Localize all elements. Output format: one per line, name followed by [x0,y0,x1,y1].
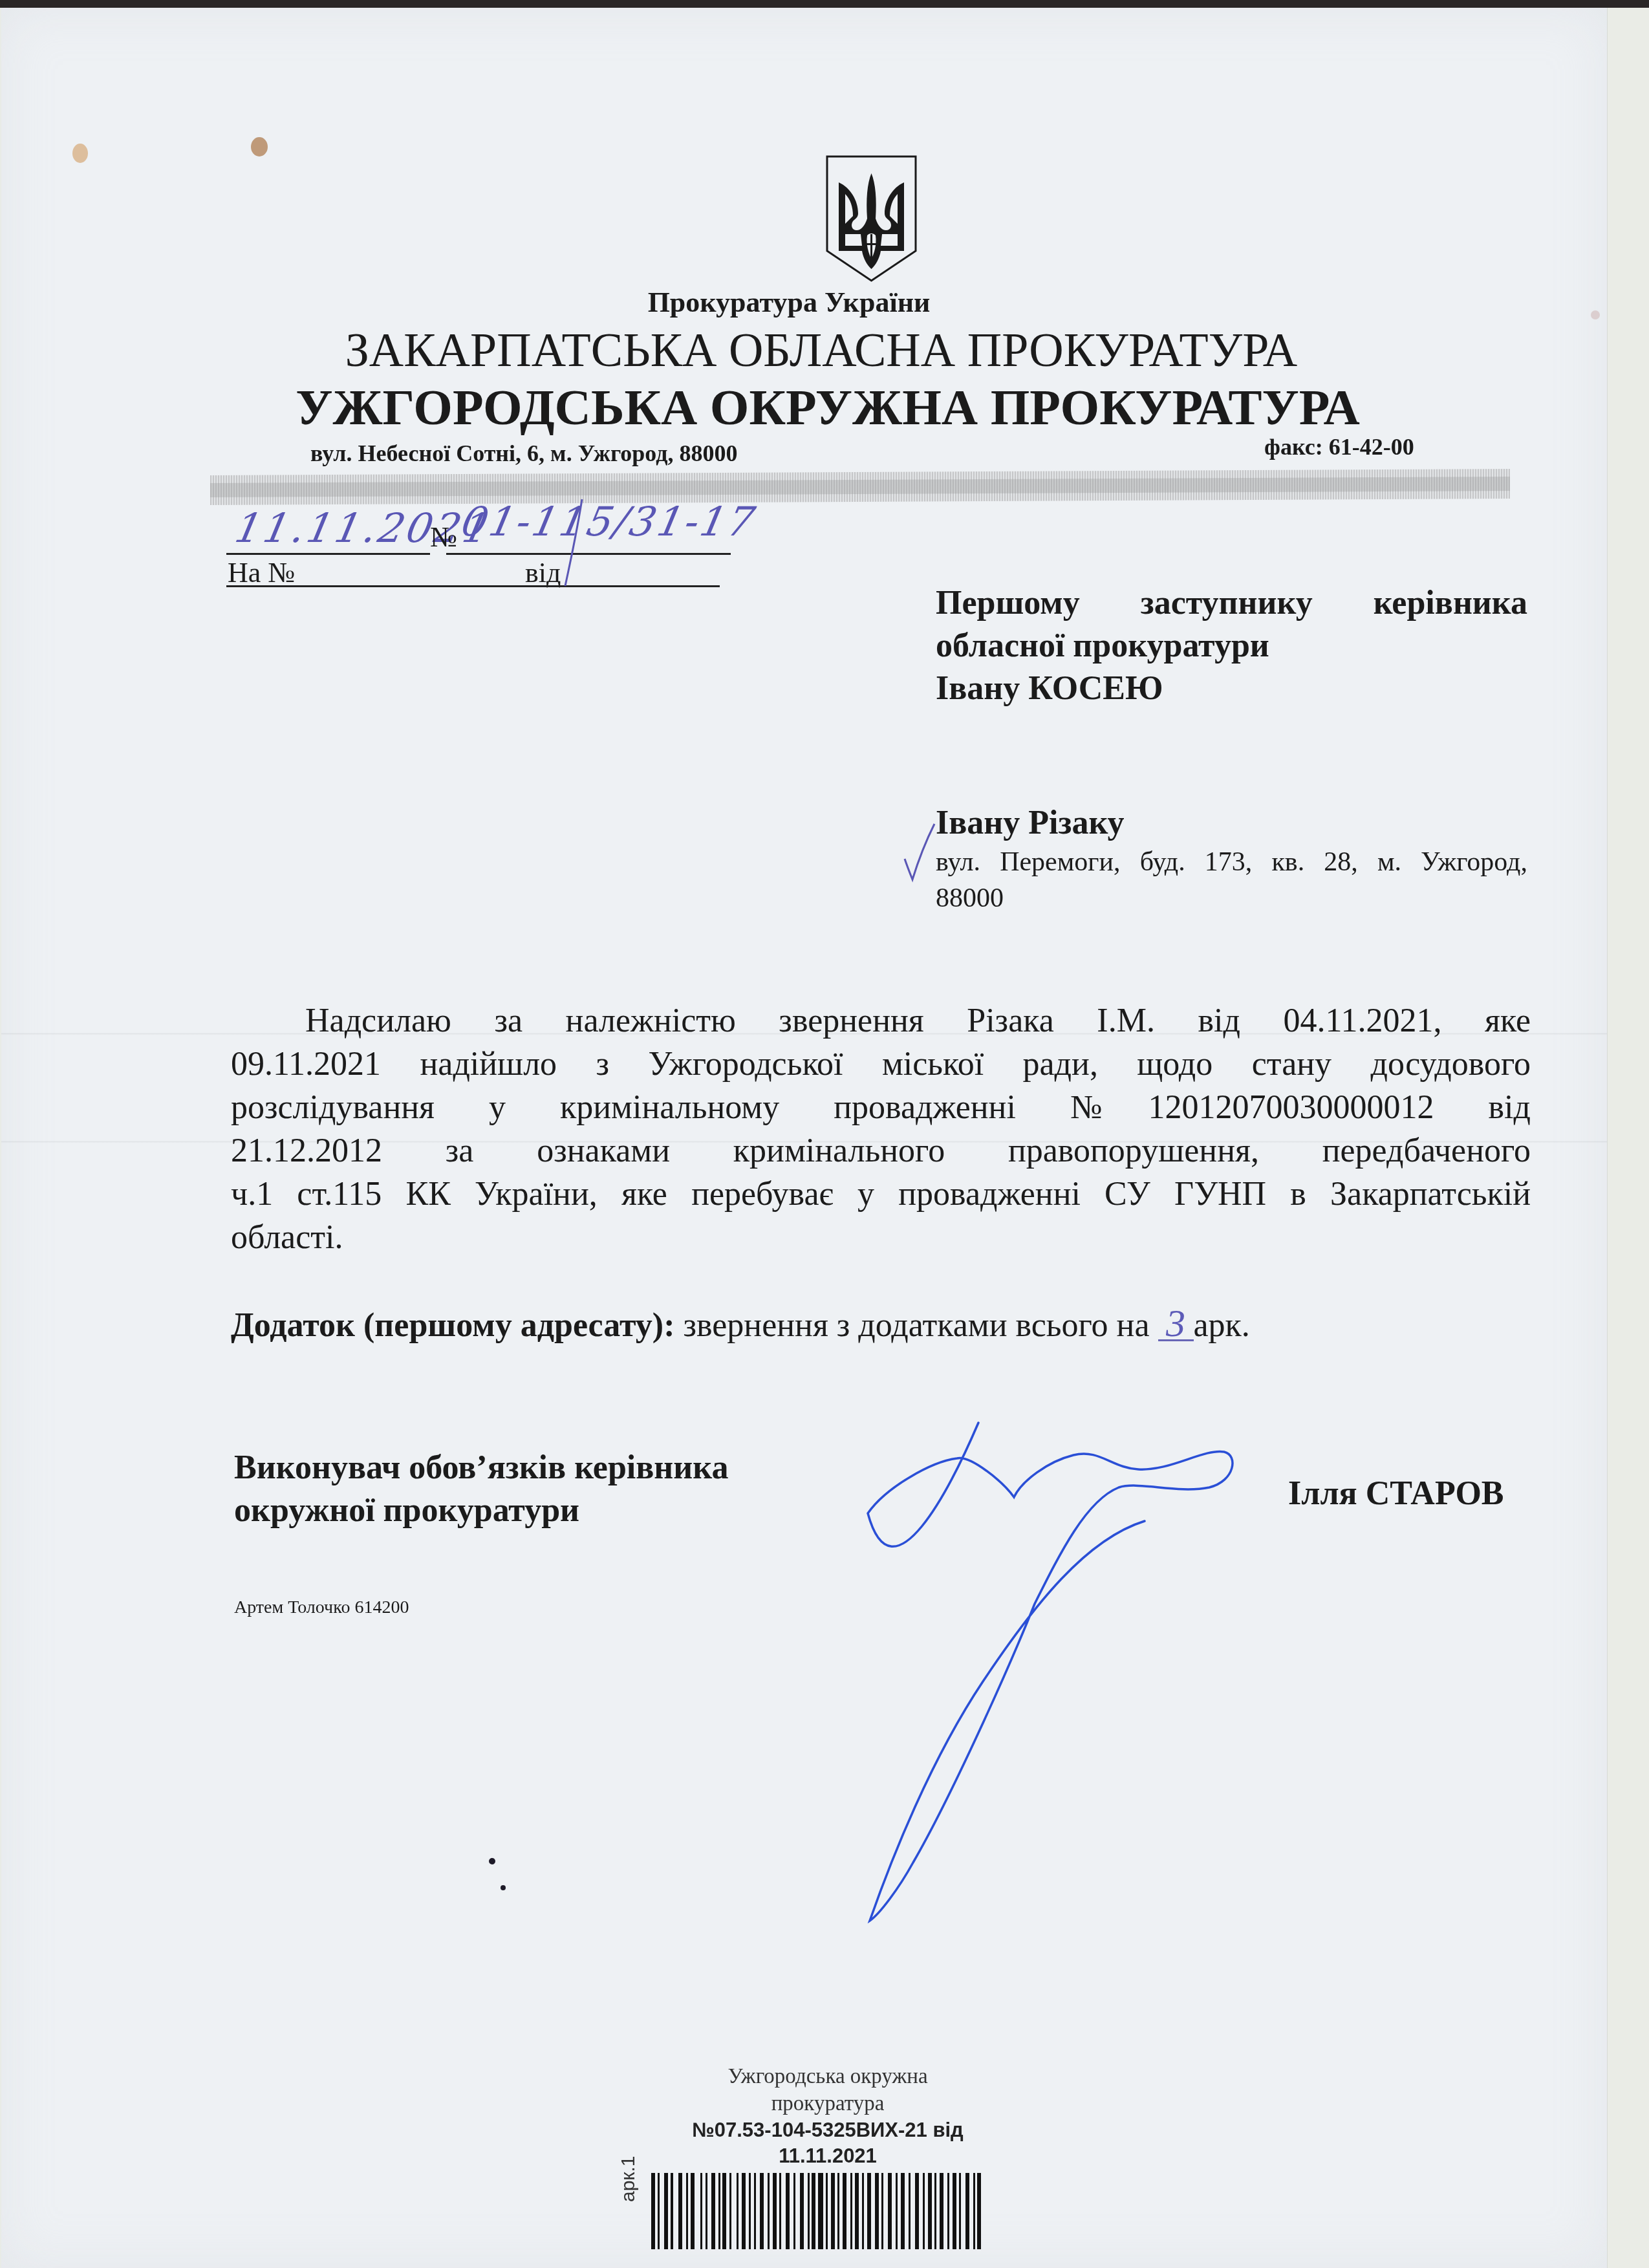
recipient-name: Івану Різаку [936,804,1125,842]
attachment-text: звернення з додатками всього на [683,1307,1149,1344]
reply-to-label: На № [228,556,295,589]
attachment-unit: арк. [1194,1307,1250,1344]
signer-title-line: Виконувач обов’язків керівника [234,1447,728,1489]
office-address: вул. Небесної Сотні, 6, м. Ужгород, 8800… [310,440,738,467]
stamp-number: №07.53-104-5325ВИХ-21 від [647,2117,1009,2143]
paper-stain [72,144,88,163]
stamp-org-line: Ужгородська окружна [647,2063,1009,2090]
recipient-address: вул. Перемоги, буд. 173, кв. 28, м. Ужго… [936,844,1527,916]
handwritten-check-icon [901,820,940,885]
attachment-label: Додаток (першому адресату): [231,1307,674,1344]
number-underline [446,553,731,555]
reply-number-underline [226,585,579,587]
signer-title-line: окружної прокуратури [234,1489,728,1532]
registration-number: 01-115/31-17 [457,498,760,545]
header-divider [210,469,1510,505]
body-line: розслідування у кримінальному провадженн… [231,1086,1531,1129]
handwritten-slash [563,498,588,589]
body-line: Надсилаю за належністю звернення Різака … [231,999,1531,1042]
signer-title: Виконувач обов’язків керівника окружної … [234,1447,728,1532]
body-line: ч.1 ст.115 КК України, яке перебуває у п… [231,1172,1531,1216]
stamp-date: 11.11.2021 [647,2143,1009,2169]
body-line: 21.12.2012 за ознаками кримінального пра… [231,1129,1531,1172]
signer-name: Ілля СТАРОВ [1288,1474,1504,1513]
paper-dot [489,1858,495,1864]
reply-from-label: від [525,556,561,589]
executor-info: Артем Толочко 614200 [234,1597,409,1618]
reply-date-underline [572,585,720,587]
body-line: 09.11.2021 надійшло з Ужгородської міськ… [231,1042,1531,1086]
paper-stain [251,137,268,157]
district-office-name: УЖГОРОДСЬКА ОКРУЖНА ПРОКУРАТУРА [3,378,1649,437]
date-underline [226,553,430,555]
ukraine-trident-icon [824,154,918,283]
scanner-edge [0,0,1649,8]
agency-name: Прокуратура України [0,286,1613,319]
attachment-line: Додаток (першому адресату): звернення з … [231,1306,1250,1345]
registry-stamp: Ужгородська окружна прокуратура №07.53-1… [647,2063,1009,2169]
attachment-count: 3 [1158,1307,1194,1341]
letter-body: Надсилаю за належністю звернення Різака … [231,999,1531,1259]
recipient-address-line: вул. Перемоги, буд. 173, кв. 28, м. Ужго… [936,844,1527,880]
addressee-block: Першому заступнику керівника обласної пр… [936,582,1527,710]
stamp-org-line: прокуратура [647,2090,1009,2117]
paper-dot [501,1885,506,1890]
body-line: області. [231,1216,1531,1259]
barcode-icon [624,2173,1012,2260]
recipient-address-line: 88000 [936,880,1527,916]
addressee-line: обласної прокуратури [936,625,1527,667]
number-label: № [430,521,457,554]
addressee-line: Першому заступнику керівника [936,582,1527,625]
office-fax: факс: 61-42-00 [1264,433,1414,460]
addressee-name: Івану КОСЕЮ [936,667,1527,710]
regional-office-name: ЗАКАРПАТСЬКА ОБЛАСНА ПРОКУРАТУРА [0,323,1646,378]
